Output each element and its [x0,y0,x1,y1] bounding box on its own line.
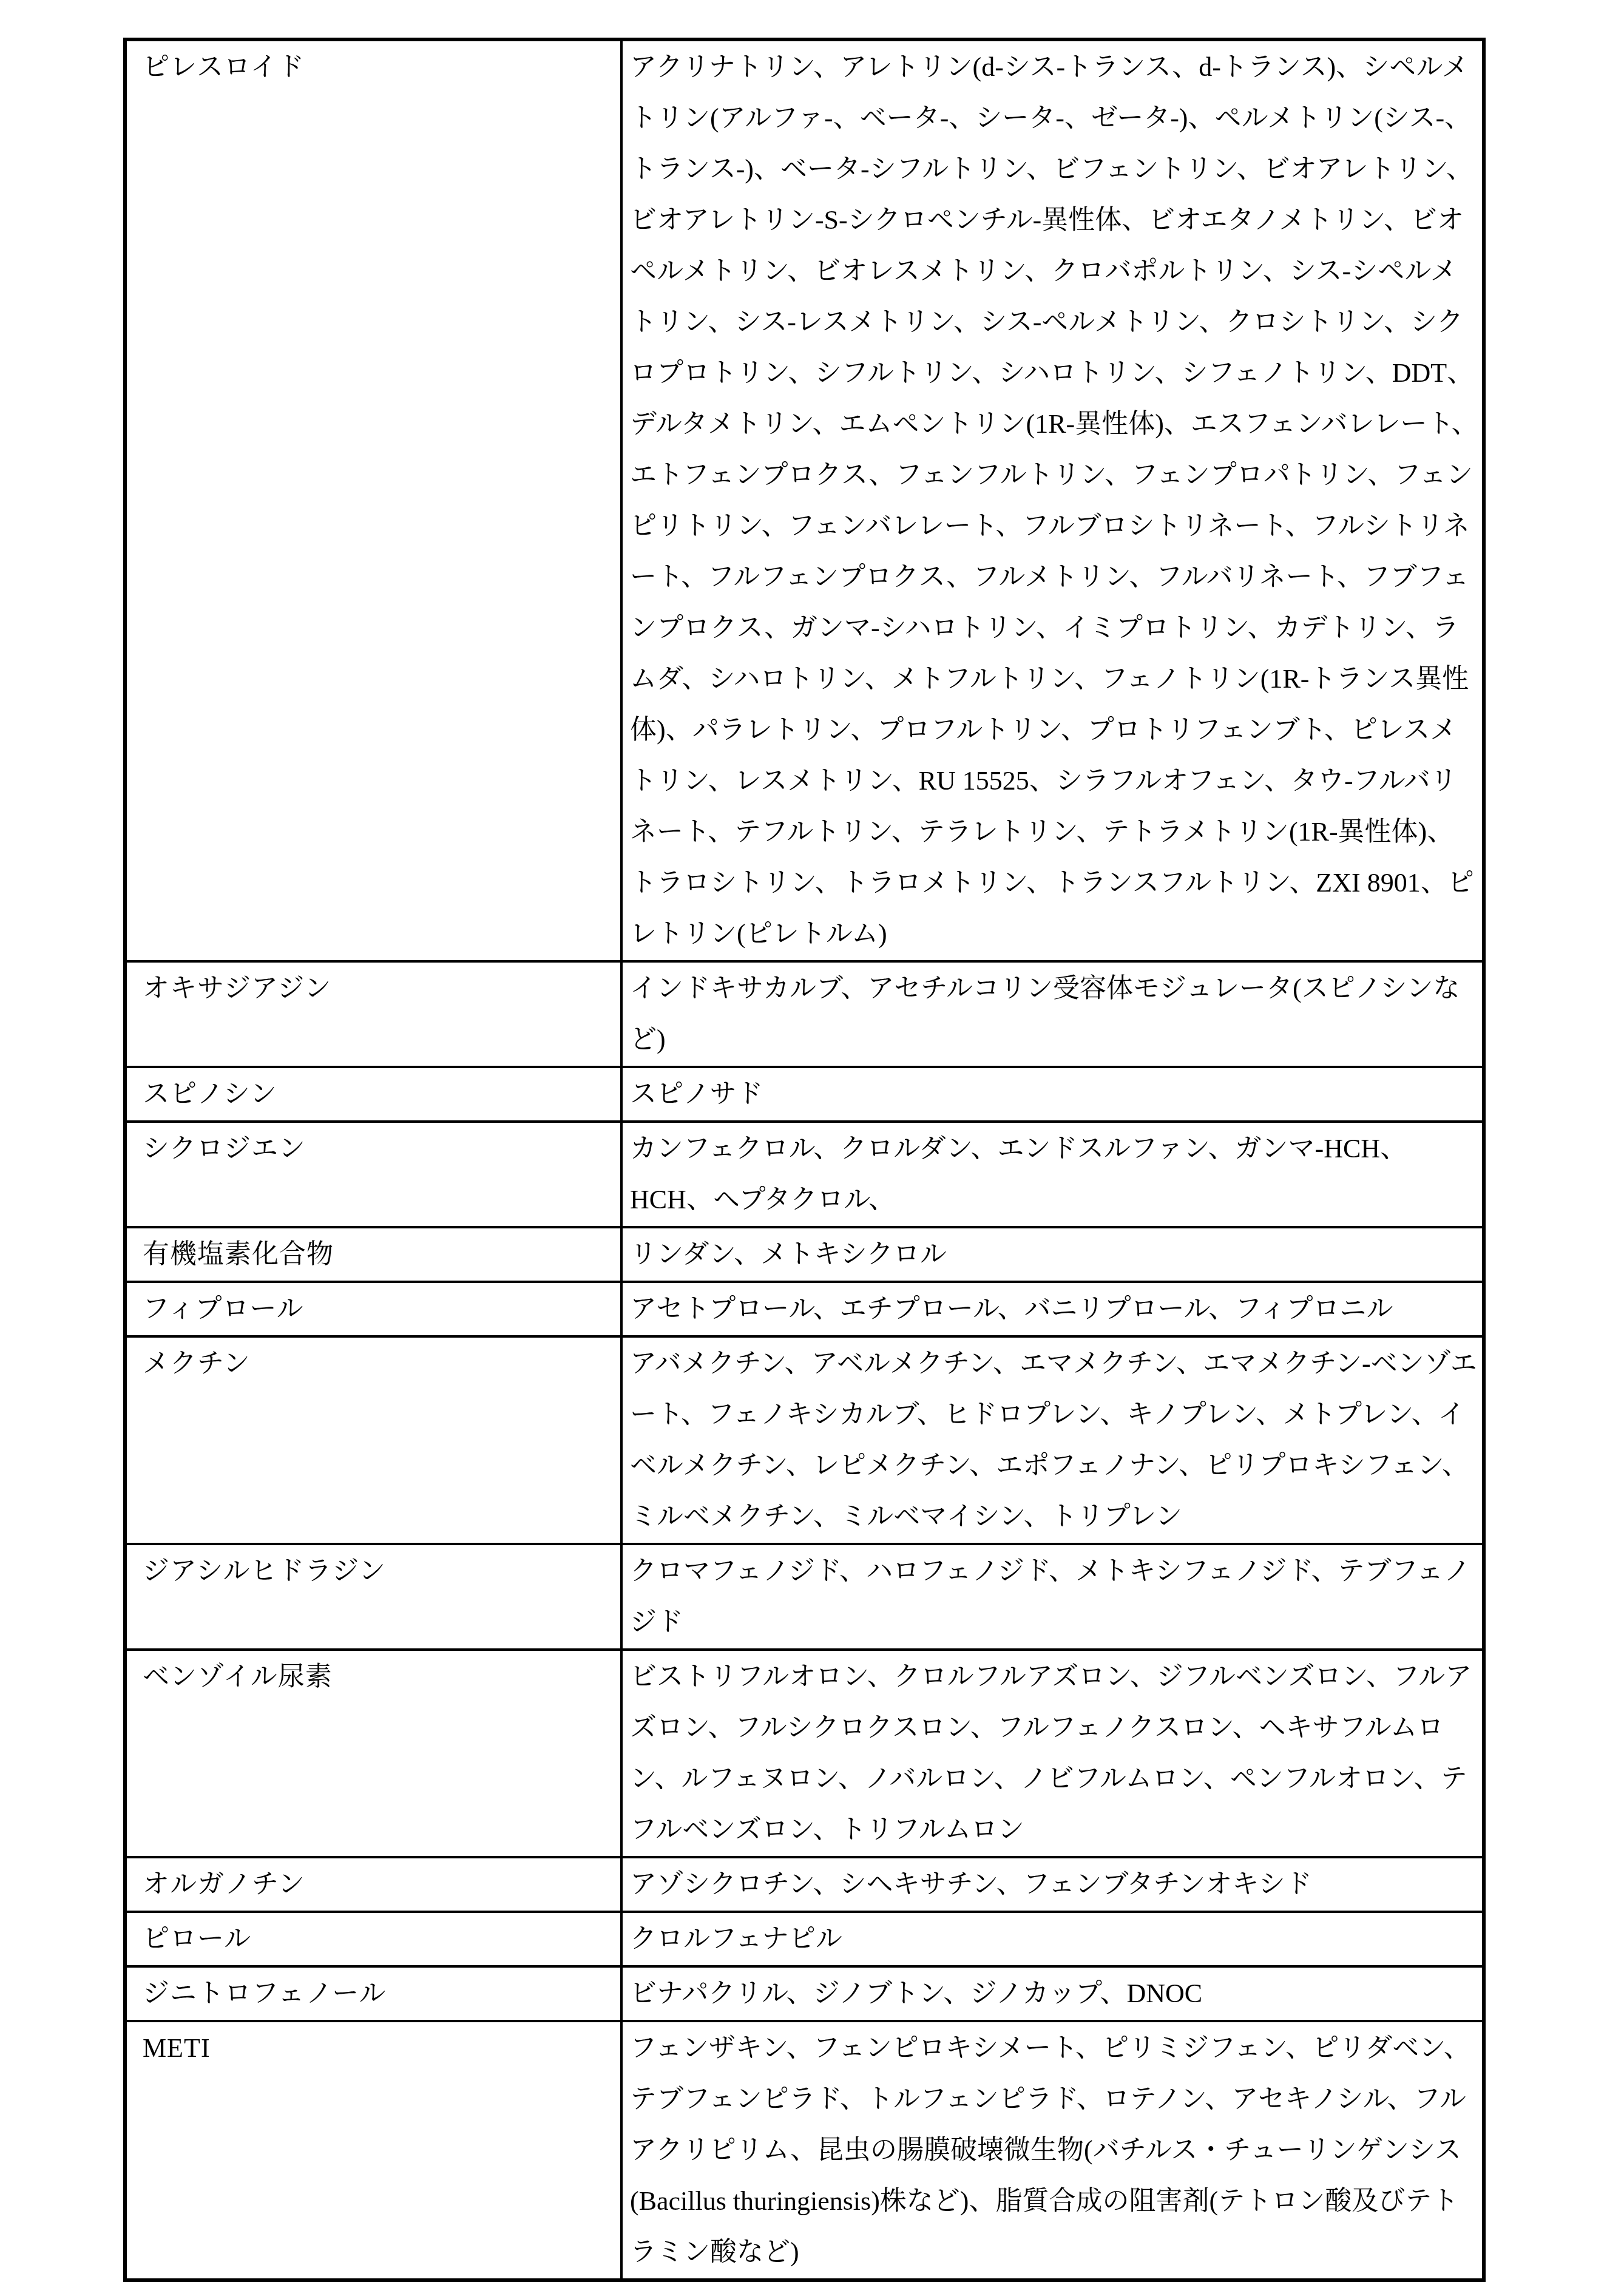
category-cell: ベンゾイル尿素 [125,1650,621,1857]
compounds-cell: アゾシクロチン、シヘキサチン、フェンブタチンオキシド [621,1857,1484,1912]
category-cell: フィプロール [125,1282,621,1336]
table-row: METI フェンザキン、フェンピロキシメート、ピリミジフェン、ピリダベン、テブフ… [125,2021,1484,2280]
table-row: オキサジアジン インドキサカルブ、アセチルコリン受容体モジュレータ(スピノシンな… [125,961,1484,1067]
compounds-cell: リンダン、メトキシクロル [621,1227,1484,1282]
table-row: シクロジエン カンフェクロル、クロルダン、エンドスルファン、ガンマ-HCH、HC… [125,1122,1484,1227]
compounds-cell: ビストリフルオロン、クロルフルアズロン、ジフルベンズロン、フルアズロン、フルシク… [621,1650,1484,1857]
compounds-cell: フェンザキン、フェンピロキシメート、ピリミジフェン、ピリダベン、テブフェンピラド… [621,2021,1484,2280]
compounds-cell: クロルフェナピル [621,1912,1484,1966]
table-row: スピノシン スピノサド [125,1067,1484,1122]
category-cell: スピノシン [125,1067,621,1122]
compounds-cell: クロマフェノジド、ハロフェノジド、メトキシフェノジド、テブフェノジド [621,1544,1484,1650]
table-row: ピロール クロルフェナピル [125,1912,1484,1966]
category-cell: ピロール [125,1912,621,1966]
document-page: ピレスロイド アクリナトリン、アレトリン(d-シス-トランス、d-トランス)、シ… [0,0,1624,2122]
category-cell: ジニトロフェノール [125,1966,621,2021]
category-cell: オルガノチン [125,1857,621,1912]
category-cell: 有機塩素化合物 [125,1227,621,1282]
category-cell: ピレスロイド [125,39,621,961]
compounds-cell: アバメクチン、アベルメクチン、エマメクチン、エマメクチン-ベンゾエート、フェノキ… [621,1336,1484,1544]
table-row: フィプロール アセトプロール、エチプロール、バニリプロール、フィプロニル [125,1282,1484,1336]
insecticide-table-body: ピレスロイド アクリナトリン、アレトリン(d-シス-トランス、d-トランス)、シ… [125,39,1484,2280]
compounds-cell: スピノサド [621,1067,1484,1122]
insecticide-table: ピレスロイド アクリナトリン、アレトリン(d-シス-トランス、d-トランス)、シ… [123,38,1486,2282]
table-row: オルガノチン アゾシクロチン、シヘキサチン、フェンブタチンオキシド [125,1857,1484,1912]
table-row: ベンゾイル尿素 ビストリフルオロン、クロルフルアズロン、ジフルベンズロン、フルア… [125,1650,1484,1857]
compounds-cell: アクリナトリン、アレトリン(d-シス-トランス、d-トランス)、シペルメトリン(… [621,39,1484,961]
compounds-cell: インドキサカルブ、アセチルコリン受容体モジュレータ(スピノシンなど) [621,961,1484,1067]
table-row: ジアシルヒドラジン クロマフェノジド、ハロフェノジド、メトキシフェノジド、テブフ… [125,1544,1484,1650]
category-cell: オキサジアジン [125,961,621,1067]
table-row: メクチン アバメクチン、アベルメクチン、エマメクチン、エマメクチン-ベンゾエート… [125,1336,1484,1544]
table-row: ピレスロイド アクリナトリン、アレトリン(d-シス-トランス、d-トランス)、シ… [125,39,1484,961]
category-cell: シクロジエン [125,1122,621,1227]
category-cell: メクチン [125,1336,621,1544]
table-row: 有機塩素化合物 リンダン、メトキシクロル [125,1227,1484,1282]
compounds-cell: ビナパクリル、ジノブトン、ジノカップ、DNOC [621,1966,1484,2021]
compounds-cell: アセトプロール、エチプロール、バニリプロール、フィプロニル [621,1282,1484,1336]
category-cell: ジアシルヒドラジン [125,1544,621,1650]
table-row: ジニトロフェノール ビナパクリル、ジノブトン、ジノカップ、DNOC [125,1966,1484,2021]
category-cell: METI [125,2021,621,2280]
compounds-cell: カンフェクロル、クロルダン、エンドスルファン、ガンマ-HCH、HCH、ヘプタクロ… [621,1122,1484,1227]
